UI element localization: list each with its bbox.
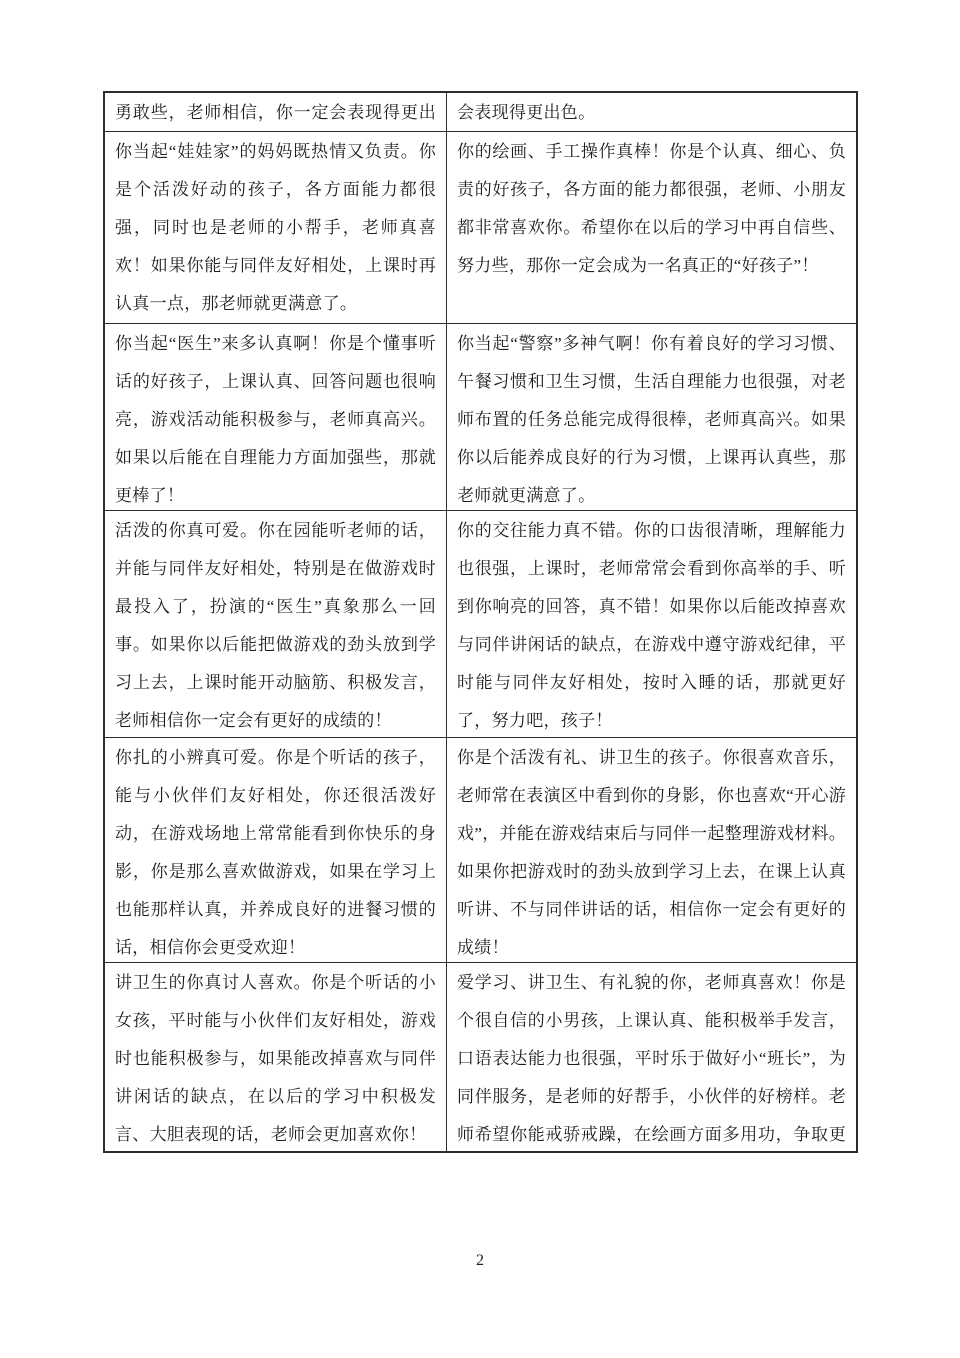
comment-cell-right: 你的交往能力真不错。你的口齿很清晰，理解能力也很强，上课时，老师常常会看到你高举… [447, 510, 856, 737]
page-number: 2 [0, 1252, 960, 1270]
comment-cell-right: 会表现得更出色。 [447, 93, 856, 131]
comment-cell-right: 爱学习、讲卫生、有礼貌的你，老师真喜欢！你是个很自信的小男孩，上课认真、能积极举… [447, 962, 856, 1151]
comment-cell-left: 勇敢些，老师相信，你一定会表现得更出色。 [105, 93, 447, 131]
comment-cell-right: 你是个活泼有礼、讲卫生的孩子。你很喜欢音乐，老师常在表演区中看到你的身影，你也喜… [447, 737, 856, 962]
comment-cell-right: 你当起“警察”多神气啊！你有着良好的学习习惯、午餐习惯和卫生习惯，生活自理能力也… [447, 323, 856, 510]
comment-cell-left: 讲卫生的你真讨人喜欢。你是个听话的小女孩，平时能与小伙伴们友好相处，游戏时也能积… [105, 962, 447, 1151]
comment-cell-right: 你的绘画、手工操作真棒！你是个认真、细心、负责的好孩子，各方面的能力都很强，老师… [447, 131, 856, 323]
comment-cell-left: 你当起“娃娃家”的妈妈既热情又负责。你是个活泼好动的孩子，各方面能力都很强，同时… [105, 131, 447, 323]
document-page: 勇敢些，老师相信，你一定会表现得更出色。 会表现得更出色。 你当起“娃娃家”的妈… [0, 0, 960, 1358]
comments-table: 勇敢些，老师相信，你一定会表现得更出色。 会表现得更出色。 你当起“娃娃家”的妈… [103, 91, 858, 1153]
comment-cell-left: 活泼的你真可爱。你在园能听老师的话，并能与同伴友好相处，特别是在做游戏时最投入了… [105, 510, 447, 737]
comment-cell-left: 你扎的小辨真可爱。你是个听话的孩子，能与小伙伴们友好相处，你还很活泼好动，在游戏… [105, 737, 447, 962]
comment-cell-left: 你当起“医生”来多认真啊！你是个懂事听话的好孩子，上课认真、回答问题也很响亮，游… [105, 323, 447, 510]
